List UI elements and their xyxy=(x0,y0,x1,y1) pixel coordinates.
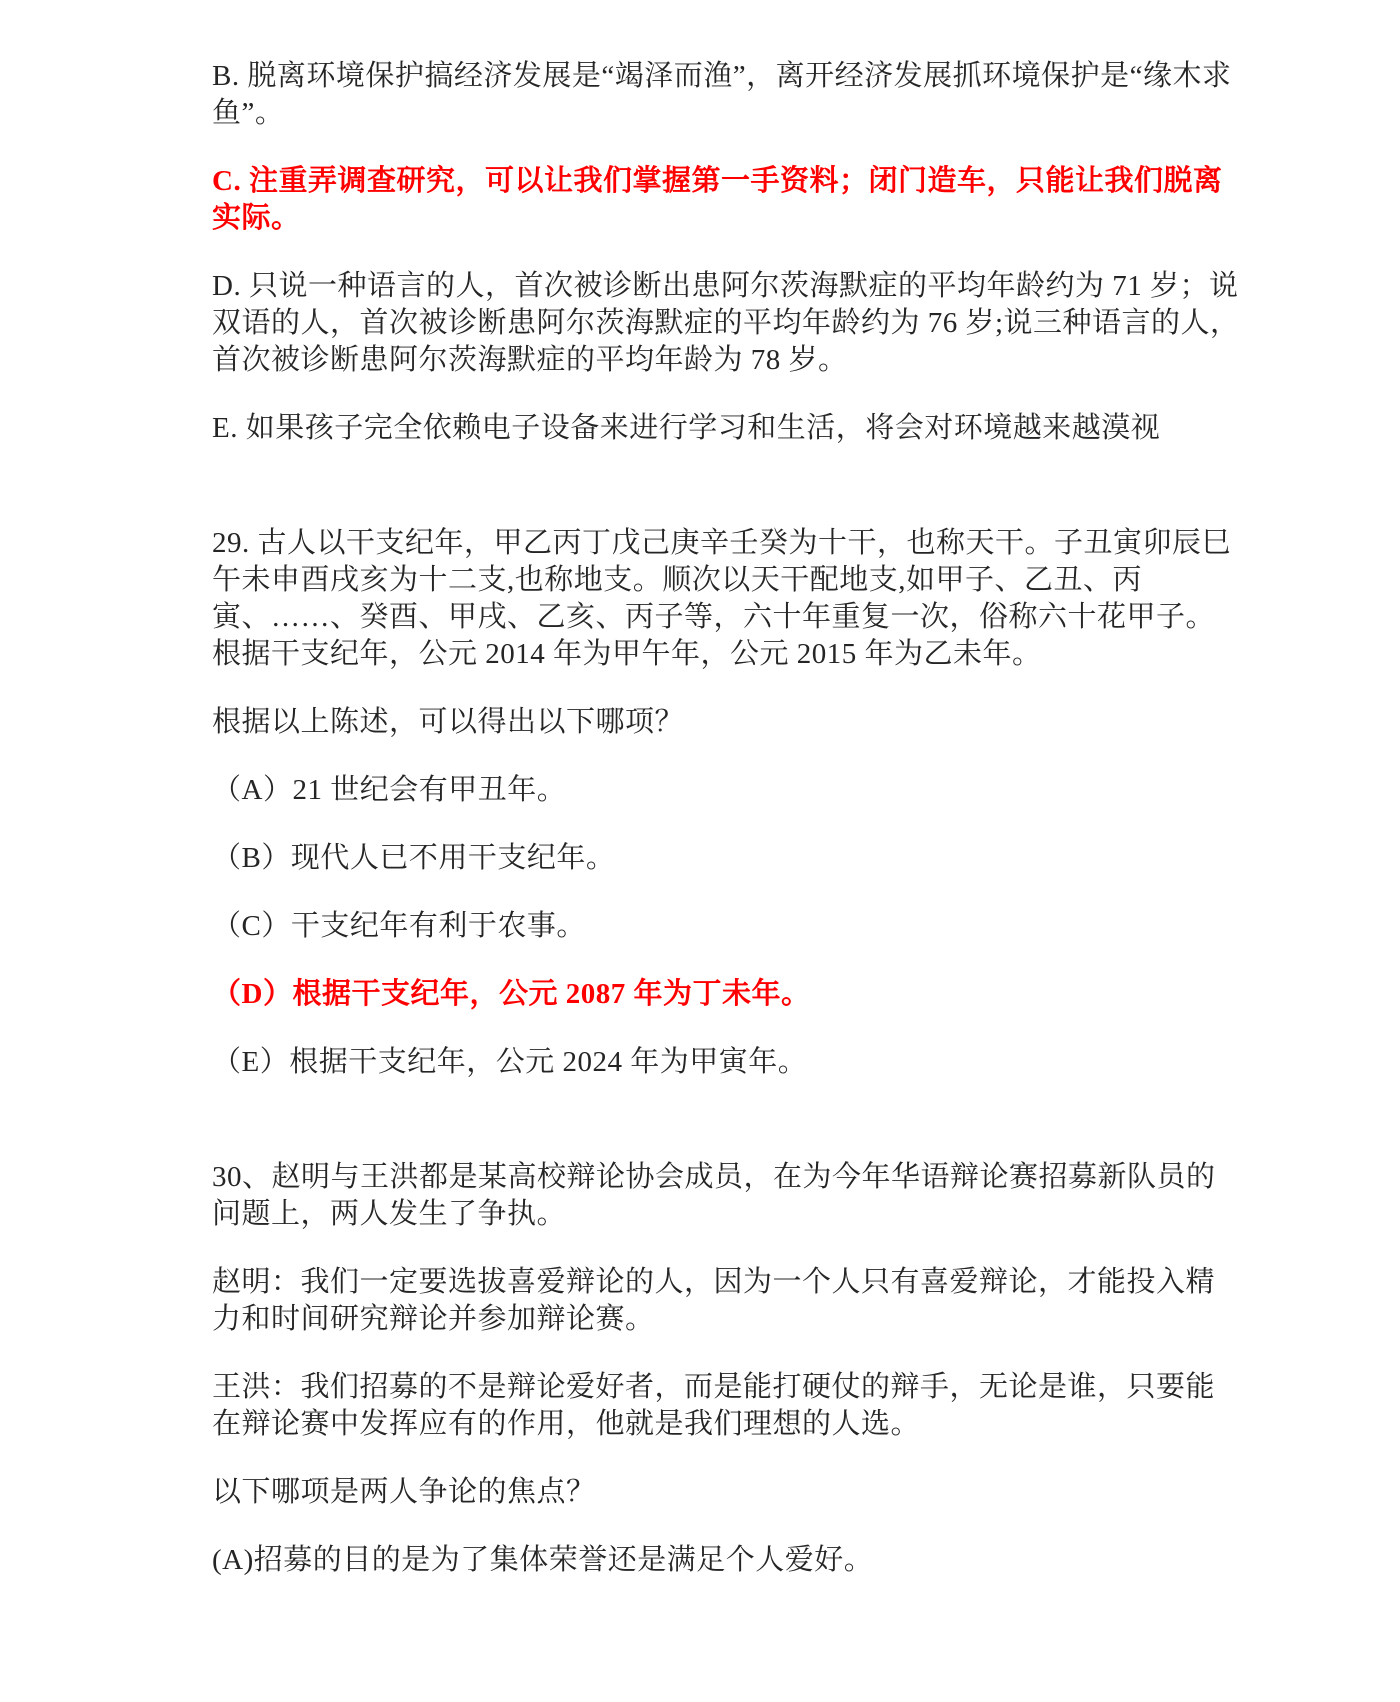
question-30-option-a: (A)招募的目的是为了集体荣誉还是满足个人爱好。 xyxy=(212,1542,1242,1579)
question-29-stem: 29. 古人以干支纪年，甲乙丙丁戊己庚辛壬癸为十干，也称天干。子丑寅卯辰巳午未申… xyxy=(212,525,1242,673)
question-30-wanghong-statement: 王洪：我们招募的不是辩论爱好者，而是能打硬仗的辩手，无论是谁，只要能在辩论赛中发… xyxy=(212,1369,1242,1443)
prev-question-option-e: E. 如果孩子完全依赖电子设备来进行学习和生活，将会对环境越来越漠视 xyxy=(212,410,1242,447)
question-30-prompt: 以下哪项是两人争论的焦点？ xyxy=(212,1474,1242,1511)
question-29-option-e: （E）根据干支纪年，公元 2024 年为甲寅年。 xyxy=(212,1044,1242,1081)
prev-question-option-d: D. 只说一种语言的人，首次被诊断出患阿尔茨海默症的平均年龄约为 71 岁；说双… xyxy=(212,268,1242,379)
prev-question-option-c-answer: C. 注重弄调查研究，可以让我们掌握第一手资料；闭门造车，只能让我们脱离实际。 xyxy=(212,163,1242,237)
question-29-option-c: （C）干支纪年有利于农事。 xyxy=(212,908,1242,945)
question-29-option-d-answer: （D）根据干支纪年，公元 2087 年为丁未年。 xyxy=(212,976,1242,1013)
prev-question-option-b: B. 脱离环境保护搞经济发展是“竭泽而渔”，离开经济发展抓环境保护是“缘木求鱼”… xyxy=(212,58,1242,132)
question-29-option-a: （A）21 世纪会有甲丑年。 xyxy=(212,772,1242,809)
exam-document-page: B. 脱离环境保护搞经济发展是“竭泽而渔”，离开经济发展抓环境保护是“缘木求鱼”… xyxy=(0,0,1242,1579)
question-29-option-b: （B）现代人已不用干支纪年。 xyxy=(212,840,1242,877)
question-29-prompt: 根据以上陈述，可以得出以下哪项？ xyxy=(212,704,1242,741)
question-30-zhaoming-statement: 赵明：我们一定要选拔喜爱辩论的人，因为一个人只有喜爱辩论，才能投入精力和时间研究… xyxy=(212,1264,1242,1338)
question-30-stem: 30、赵明与王洪都是某高校辩论协会成员，在为今年华语辩论赛招募新队员的问题上，两… xyxy=(212,1159,1242,1233)
